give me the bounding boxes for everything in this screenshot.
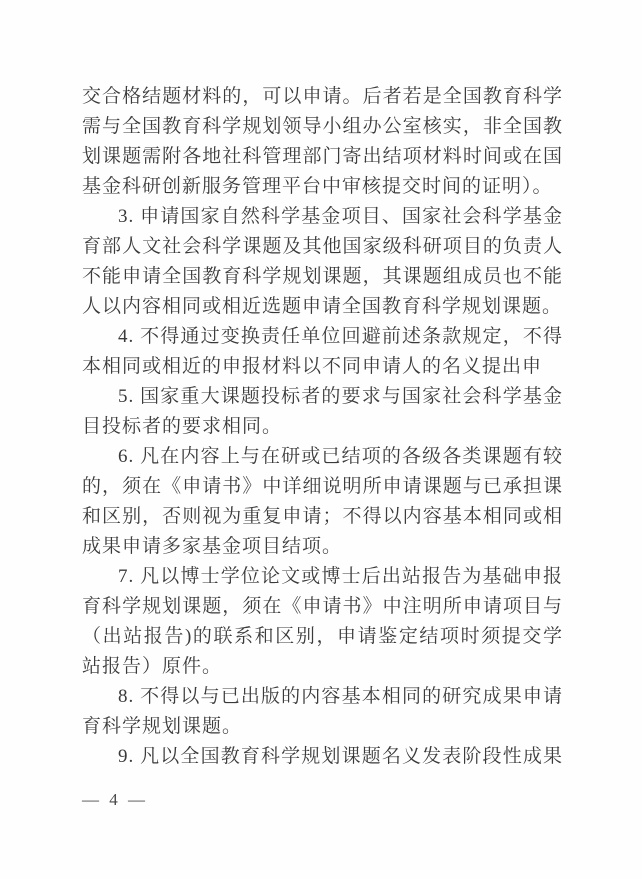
text-line: 8. 不得以与已出版的内容基本相同的研究成果申请全国教 <box>82 682 563 712</box>
paragraph: 4. 不得通过变换责任单位回避前述条款规定，不得将内容基本相同或相近的申报材料以… <box>82 322 563 382</box>
text-line: 站报告）原件。 <box>82 652 563 682</box>
paragraph: 8. 不得以与已出版的内容基本相同的研究成果申请全国教育科学规划课题。 <box>82 682 563 742</box>
document-body: 交合格结题材料的，可以申请。后者若是全国教育科学规划课题需与全国教育科学规划领导… <box>82 82 563 772</box>
paragraph: 交合格结题材料的，可以申请。后者若是全国教育科学规划课题需与全国教育科学规划领导… <box>82 82 563 202</box>
page-number: — 4 — <box>82 789 148 811</box>
text-line: 9. 凡以全国教育科学规划课题名义发表阶段性成果或最终 <box>82 742 563 772</box>
text-line: 育科学规划课题。 <box>82 712 563 742</box>
paragraph: 7. 凡以博士学位论文或博士后出站报告为基础申报全国教育科学规划课题，须在《申请… <box>82 562 563 682</box>
text-line: 和区别，否则视为重复申请；不得以内容基本相同或相近的同一 <box>82 502 563 532</box>
text-line: 划课题需附各地社科管理部门寄出结项材料时间或在国家社科 <box>82 142 563 172</box>
text-line: 7. 凡以博士学位论文或博士后出站报告为基础申报全国教 <box>82 562 563 592</box>
text-line: （出站报告)的联系和区别，申请鉴定结项时须提交学位论文(出 <box>82 622 563 652</box>
paragraph: 9. 凡以全国教育科学规划课题名义发表阶段性成果或最终 <box>82 742 563 772</box>
paragraph: 6. 凡在内容上与在研或已结项的各级各类课题有较大关联的，须在《申请书》中详细说… <box>82 442 563 562</box>
text-line: 基金科研创新服务管理平台中审核提交时间的证明）。 <box>82 172 563 202</box>
text-line: 成果申请多家基金项目结项。 <box>82 532 563 562</box>
text-line: 目投标者的要求相同。 <box>82 412 563 442</box>
text-line: 本相同或相近的申报材料以不同申请人的名义提出申请。 <box>82 352 563 382</box>
text-line: 育部人文社会科学课题及其他国家级科研项目的负责人同年度 <box>82 232 563 262</box>
document-page: 交合格结题材料的，可以申请。后者若是全国教育科学规划课题需与全国教育科学规划领导… <box>0 0 642 879</box>
text-line: 3. 申请国家自然科学基金项目、国家社会科学基金项目、教 <box>82 202 563 232</box>
text-line: 6. 凡在内容上与在研或已结项的各级各类课题有较大关联 <box>82 442 563 472</box>
text-line: 4. 不得通过变换责任单位回避前述条款规定，不得将内容基 <box>82 322 563 352</box>
text-line: 不能申请全国教育科学规划课题，其课题组成员也不能作为负责 <box>82 262 563 292</box>
text-line: 的，须在《申请书》中详细说明所申请课题与已承担课题的联系 <box>82 472 563 502</box>
text-line: 人以内容相同或相近选题申请全国教育科学规划课题。 <box>82 292 563 322</box>
paragraph: 5. 国家重大课题投标者的要求与国家社会科学基金重大项目投标者的要求相同。 <box>82 382 563 442</box>
text-line: 交合格结题材料的，可以申请。后者若是全国教育科学规划课题 <box>82 82 563 112</box>
text-line: 5. 国家重大课题投标者的要求与国家社会科学基金重大项 <box>82 382 563 412</box>
text-line: 育科学规划课题，须在《申请书》中注明所申请项目与学位论文 <box>82 592 563 622</box>
paragraph: 3. 申请国家自然科学基金项目、国家社会科学基金项目、教育部人文社会科学课题及其… <box>82 202 563 322</box>
text-line: 需与全国教育科学规划领导小组办公室核实，非全国教育科学规 <box>82 112 563 142</box>
